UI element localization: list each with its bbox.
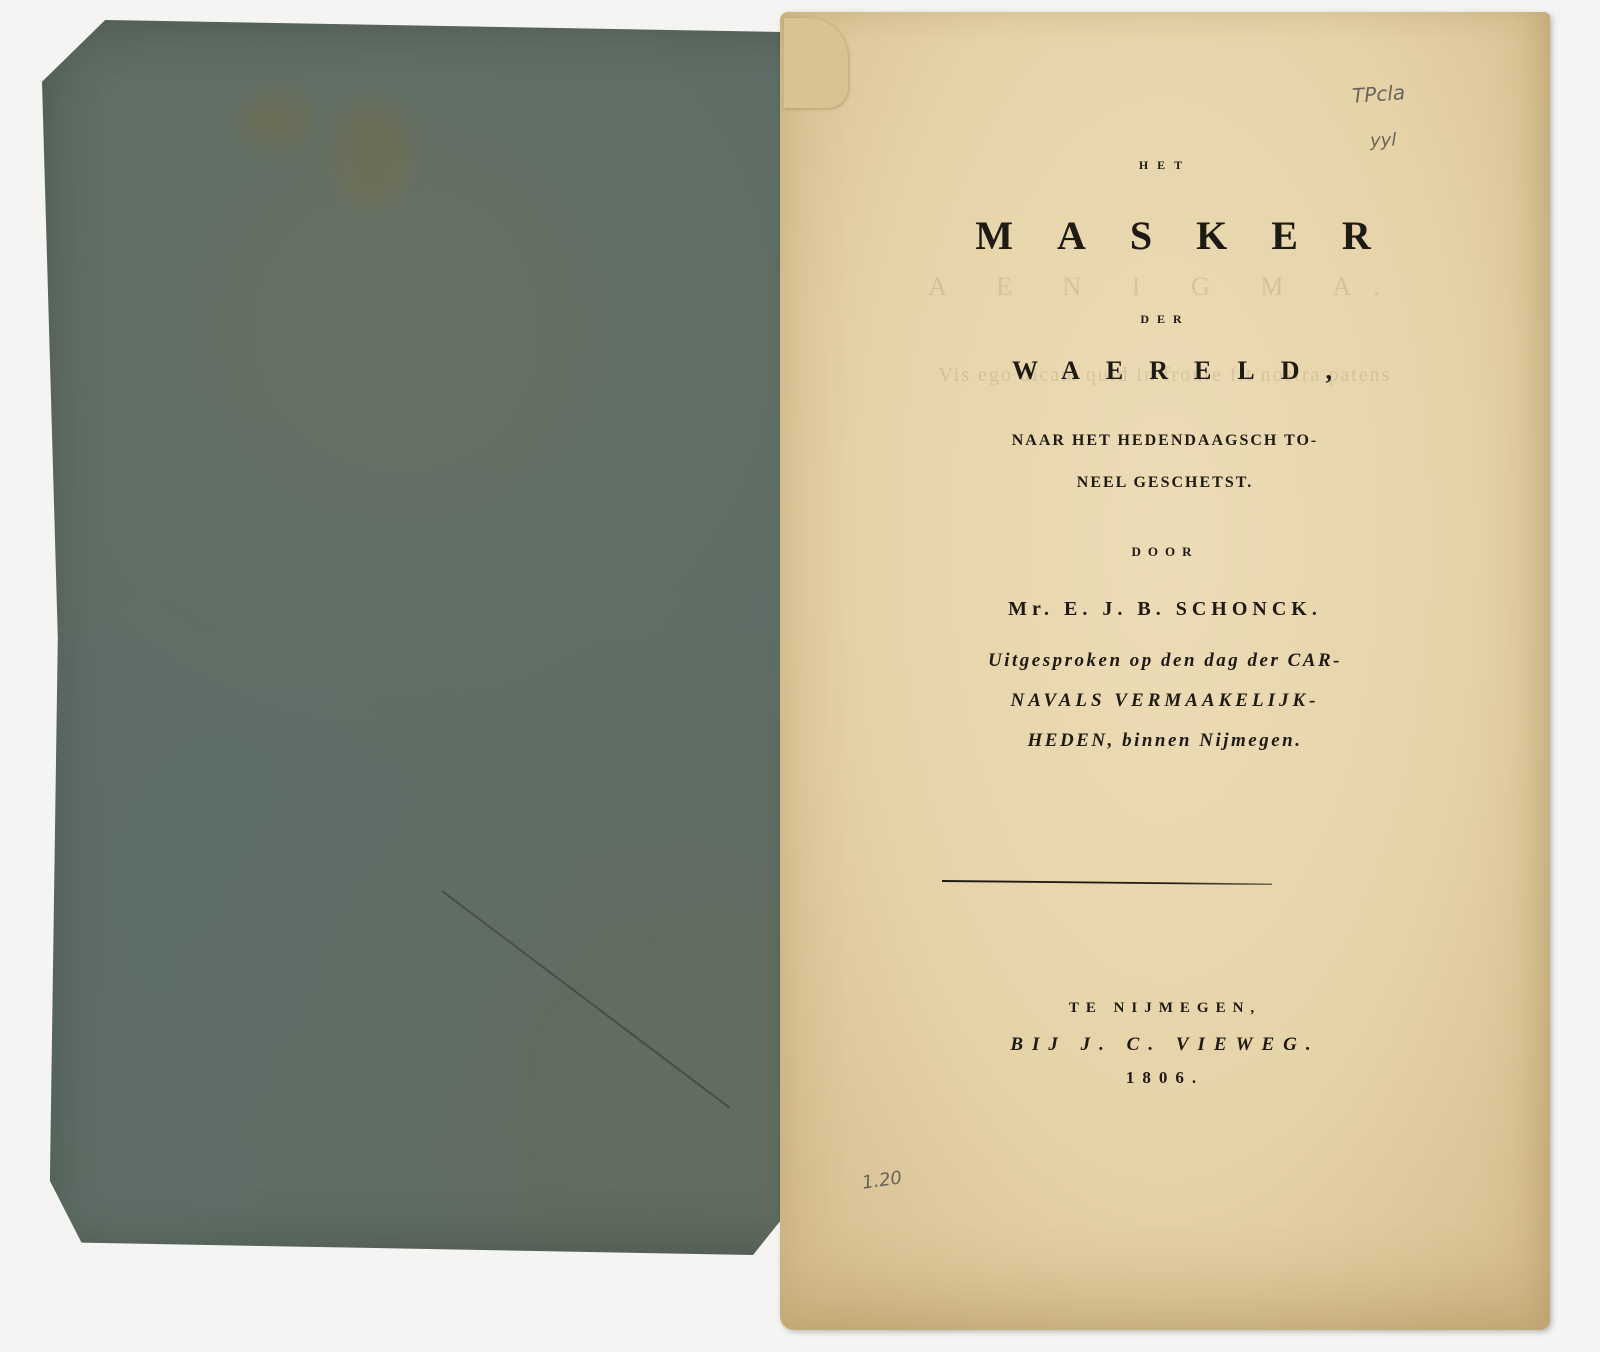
italic-line-1: Uitgesproken op den dag der CAR- [780, 650, 1550, 672]
italic-line-3: HEDEN, binnen Nijmegen. [780, 730, 1550, 752]
cover-stain [242, 90, 312, 150]
cover-stain [332, 100, 412, 210]
title-der: DER [780, 312, 1550, 327]
title-page-paper: A E N I G M A. Vis ego dicam quid in fro… [780, 12, 1550, 1330]
title-page: A E N I G M A. Vis ego dicam quid in fro… [780, 12, 1600, 1330]
author-name: Mr. E. J. B. SCHONCK. [780, 598, 1550, 621]
cover-crease [441, 890, 730, 1108]
imprint-year: 1806. [780, 1068, 1550, 1088]
imprint-publisher: BIJ J. C. VIEWEG. [780, 1034, 1550, 1056]
pencil-note-top-2: yyl [1370, 130, 1397, 152]
title-het: HET [780, 158, 1550, 173]
pencil-price-note: 1.20 [861, 1167, 904, 1193]
title-masker: MASKER [780, 212, 1580, 259]
book-cover-wrapper [42, 20, 832, 1255]
by-line: DOOR [780, 544, 1550, 560]
imprint-place: TE NIJMEGEN, [780, 1000, 1550, 1017]
title-waereld: WAERELD, [780, 356, 1570, 386]
folded-corner [784, 18, 848, 108]
italic-line-2: NAVALS VERMAAKELIJK- [780, 690, 1550, 712]
decorative-rule [942, 880, 1272, 885]
subtitle-line-1: NAAR HET HEDENDAAGSCH TO- [780, 432, 1550, 450]
bleed-through-text: A E N I G M A. [780, 272, 1550, 302]
pencil-note-top: TPcla [1351, 80, 1406, 108]
subtitle-line-2: NEEL GESCHETST. [780, 474, 1550, 492]
